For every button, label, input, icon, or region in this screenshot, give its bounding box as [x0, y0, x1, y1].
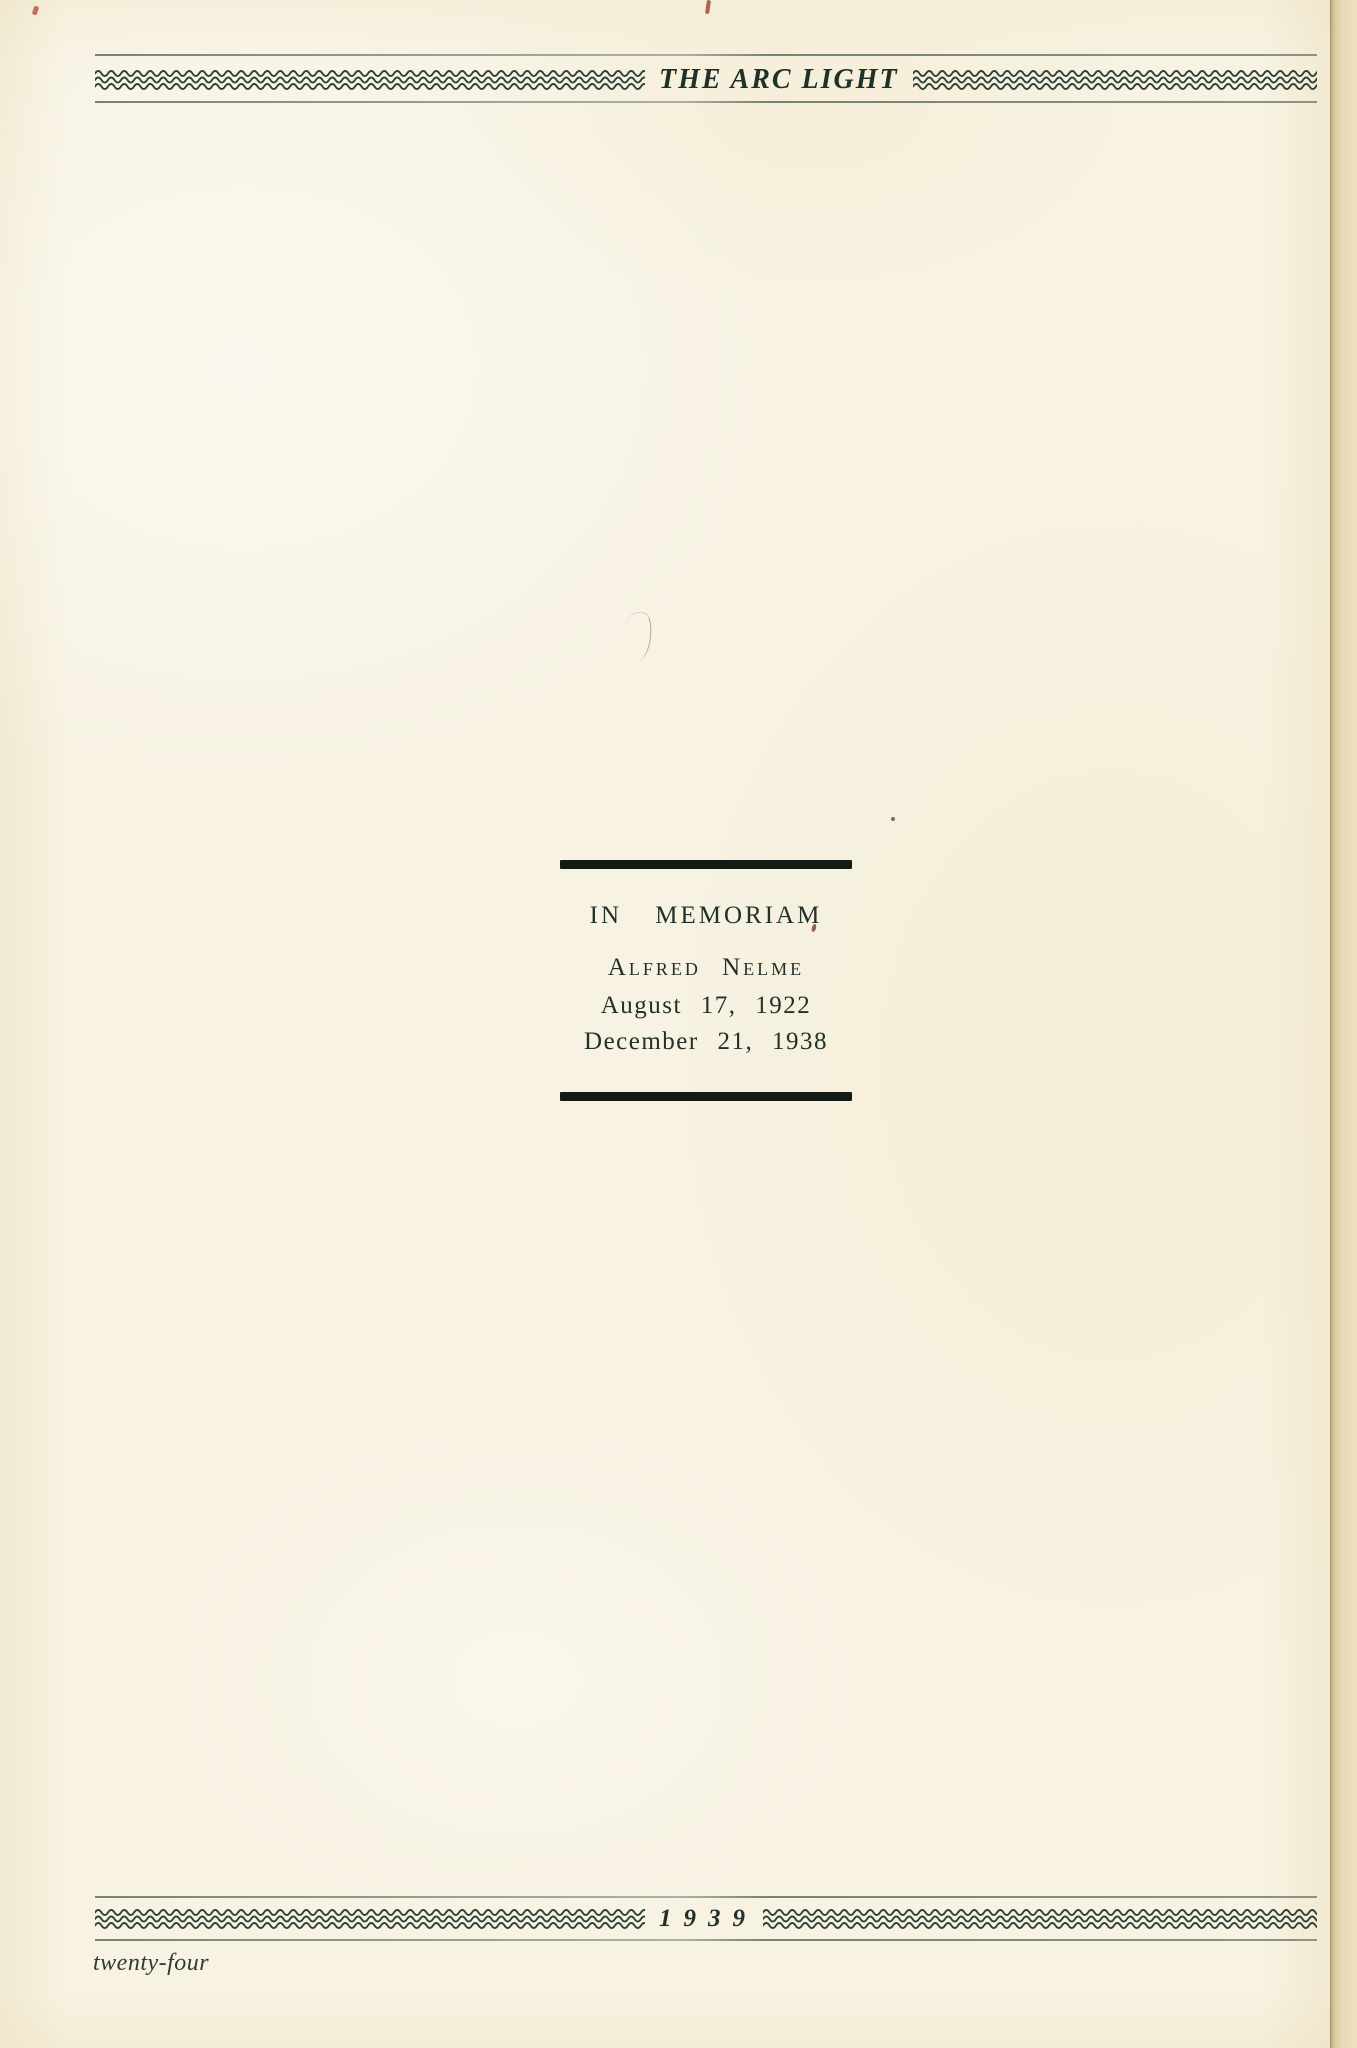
memorial-death-date: December 21, 1938	[560, 1028, 852, 1055]
memorial-box: IN MEMORIAM Alfred Nelme August 17, 1922…	[560, 860, 852, 1101]
yearbook-scanned-page: THE ARC LIGHT IN MEMORIAM Alfred Nelme A…	[0, 0, 1357, 2048]
header-wave-row: THE ARC LIGHT	[95, 68, 1317, 92]
footer-right-wave-ornament	[763, 1908, 1317, 1930]
header-top-rule	[95, 54, 1317, 56]
page-edge-strip	[1330, 0, 1357, 2048]
header-bottom-rule	[95, 101, 1317, 103]
memorial-bottom-bar	[560, 1092, 852, 1101]
page-header-title: THE ARC LIGHT	[645, 68, 913, 92]
dark-speck-artifact	[891, 817, 895, 821]
memorial-name: Alfred Nelme	[560, 956, 852, 980]
memorial-heading: IN MEMORIAM	[560, 902, 852, 930]
red-ink-speck	[32, 5, 40, 15]
page-number: twenty-four	[93, 1950, 209, 1977]
footer-wave-row: 1939	[95, 1907, 1317, 1931]
memorial-top-bar	[560, 860, 852, 869]
memorial-birth-date: August 17, 1922	[560, 992, 852, 1019]
header-right-wave-ornament	[913, 69, 1317, 91]
footer-year: 1939	[645, 1907, 763, 1931]
footer-top-rule	[95, 1896, 1317, 1898]
fiber-scan-artifact	[622, 611, 654, 663]
header-left-wave-ornament	[95, 69, 645, 91]
footer-left-wave-ornament	[95, 1908, 645, 1930]
red-ink-dash	[705, 0, 711, 14]
footer-band: 1939	[95, 1896, 1317, 1941]
header-band: THE ARC LIGHT	[95, 54, 1317, 103]
footer-bottom-rule	[95, 1939, 1317, 1941]
